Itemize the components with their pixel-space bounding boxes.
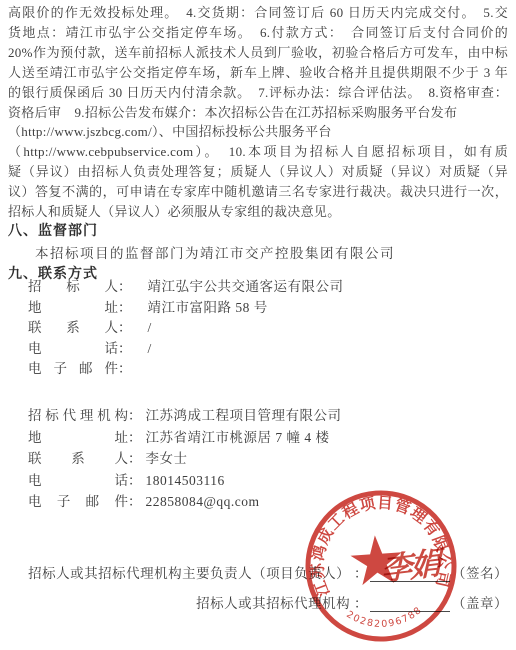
contact-label: 地址 — [28, 298, 118, 319]
contact-colon: ： — [128, 405, 142, 427]
contact-colon: ： — [128, 427, 142, 449]
contact-label: 招标代理机构 — [28, 405, 128, 427]
contact-value: / — [148, 339, 152, 360]
paragraph-line: 20%作为预付款，送车前招标人派技术人员到厂验收，初验合格后方可发车，由中标 — [8, 43, 508, 63]
contact-label: 招标人 — [28, 277, 118, 298]
signature-line-agency-seal: 招标人或其招标代理机构 ： （盖章） — [0, 596, 508, 612]
paragraph-line: 疑（异议）由招标人负责处理答复；质疑人（异议人）对质疑（异议）对质疑（异 — [8, 162, 508, 182]
contact-row-bidder-address: 地址：靖江市富阳路 58 号 — [28, 298, 508, 319]
signature-blank-line — [370, 567, 450, 582]
contact-label: 电话 — [28, 339, 118, 360]
terms-paragraph: 高限价的作无效投标处理。 4.交货期：合同签订后 60 日历天内完成交付。 5.… — [8, 3, 508, 222]
contact-value: 李女士 — [146, 448, 188, 470]
paragraph-line: 招标人和质疑人（异议人）必须服从专家组的裁决意见。 — [8, 202, 508, 222]
contact-row-agency-address: 地址：江苏省靖江市桃源居 7 幢 4 楼 — [28, 427, 508, 449]
contact-label: 电子邮件 — [28, 491, 128, 513]
paragraph-line: 货地点：靖江市弘宇公交指定停车场。 6.付款方式： 合同签订后支付合同价的 — [8, 23, 508, 43]
contact-value: 22858084@qq.com — [146, 491, 260, 513]
paragraph-line: 高限价的作无效投标处理。 4.交货期：合同签订后 60 日历天内完成交付。 5.… — [8, 3, 508, 23]
contact-value: 江苏省靖江市桃源居 7 幢 4 楼 — [146, 427, 330, 449]
paragraph-line: 议）答复不满的，可申请在专家库中随机邀请三名专家进行裁决。裁决只进行一次， — [8, 182, 508, 202]
contact-value: 靖江市富阳路 58 号 — [148, 298, 268, 319]
contact-colon: ： — [128, 470, 142, 492]
paragraph-line: 的银行质保函后 30 日历天内付清余款。 7.评标办法：综合评估法。 8.资格审… — [8, 83, 508, 103]
paragraph-line-url-jszbcg: （http://www.jszbcg.com/）、中国招标投标公共服务平台 — [8, 122, 508, 142]
contact-colon: ： — [118, 298, 132, 319]
contact-label: 电子邮件 — [28, 359, 118, 380]
seal-blank-line — [370, 597, 450, 612]
tender-document-page: 高限价的作无效投标处理。 4.交货期：合同签订后 60 日历天内完成交付。 5.… — [0, 0, 516, 650]
agency-contact-block: 招标代理机构：江苏鸿成工程项目管理有限公司 地址：江苏省靖江市桃源居 7 幢 4… — [28, 405, 508, 513]
signature-line1-label: 招标人或其招标代理机构主要负责人（项目负责人） ： — [28, 566, 368, 582]
contact-colon: ： — [118, 277, 132, 298]
signature-line2-suffix: （盖章） — [452, 596, 508, 612]
signature-line-responsible-person: 招标人或其招标代理机构主要负责人（项目负责人） ： （签名） — [0, 566, 508, 582]
contact-value: 靖江弘宇公共交通客运有限公司 — [148, 277, 344, 298]
contact-row-bidder-name: 招标人：靖江弘宇公共交通客运有限公司 — [28, 277, 508, 298]
contact-label: 联系人 — [28, 318, 118, 339]
contact-row-agency-phone: 电话：18014503116 — [28, 470, 508, 492]
paragraph-line-url-cebpubservice: （http://www.cebpubservice.com）。 10.本项目为招… — [8, 142, 508, 162]
contact-row-bidder-person: 联系人：/ — [28, 318, 508, 339]
contact-label: 电话 — [28, 470, 128, 492]
contact-value: / — [148, 318, 152, 339]
contact-row-bidder-phone: 电话：/ — [28, 339, 508, 360]
contact-colon: ： — [118, 318, 132, 339]
contact-colon: ： — [118, 359, 132, 380]
contact-colon: ： — [128, 448, 142, 470]
contact-colon: ： — [118, 339, 132, 360]
contact-label: 联系人 — [28, 448, 128, 470]
signature-line2-label: 招标人或其招标代理机构 ： — [196, 596, 368, 612]
contact-colon: ： — [128, 491, 142, 513]
contact-row-agency-name: 招标代理机构：江苏鸿成工程项目管理有限公司 — [28, 405, 508, 427]
paragraph-line: 资格后审 9.招标公告发布媒介：本次招标公告在江苏招标采购服务平台发布 — [8, 103, 508, 123]
contact-row-agency-person: 联系人：李女士 — [28, 448, 508, 470]
paragraph-line: 人送至靖江市弘宇公交指定停车场，新车上牌、验收合格并且提供期限不少于 3 年 — [8, 63, 508, 83]
section-heading-supervision: 八、监督部门 — [8, 220, 98, 240]
contact-value: 18014503116 — [146, 470, 225, 492]
contact-label: 地址 — [28, 427, 128, 449]
signature-line1-suffix: （签名） — [452, 566, 508, 582]
supervision-body: 本招标项目的监督部门为靖江市交产控股集团有限公司 — [35, 242, 395, 262]
bidder-contact-block: 招标人：靖江弘宇公共交通客运有限公司 地址：靖江市富阳路 58 号 联系人：/ … — [28, 277, 508, 380]
contact-row-bidder-email: 电子邮件： — [28, 359, 508, 380]
contact-row-agency-email: 电子邮件：22858084@qq.com — [28, 491, 508, 513]
contact-value: 江苏鸿成工程项目管理有限公司 — [146, 405, 342, 427]
